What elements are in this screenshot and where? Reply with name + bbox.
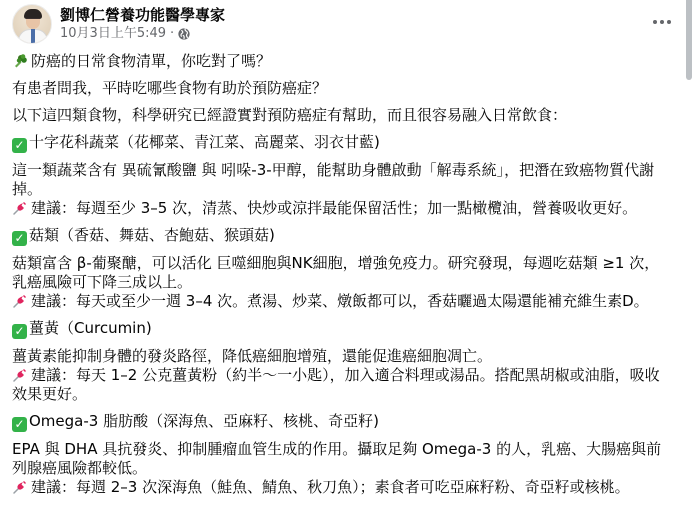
check-mark-icon: ✓ [12, 417, 27, 432]
more-options-icon[interactable] [648, 12, 676, 32]
pushpin-icon [12, 367, 28, 383]
scrollbar-track[interactable] [686, 0, 692, 514]
intro-statement: 以下這四類食物，科學研究已經證實對預防癌症有幫助，而且很容易融入日常飲食： [12, 106, 672, 125]
check-mark-icon: ✓ [12, 231, 27, 246]
broccoli-icon [12, 53, 28, 69]
scrollbar-thumb[interactable] [686, 0, 692, 80]
pushpin-icon [12, 479, 28, 495]
section-tip-omega3: 建議：每週 2–3 次深海魚（鮭魚、鯖魚、秋刀魚）；素食者可吃亞麻籽粉、奇亞籽或… [12, 478, 672, 497]
timestamp-row: 10月3日上午5:49 · [60, 26, 225, 42]
post-meta: 劉博仁營養功能醫學專家 10月3日上午5:49 · [60, 6, 225, 42]
globe-icon[interactable] [178, 28, 190, 40]
section-description-omega3: EPA 與 DHA 具抗發炎、抑制腫瘤血管生成的作用。攝取足夠 Omega-3 … [12, 440, 672, 478]
intro-question: 有患者問我，平時吃哪些食物有助於預防癌症？ [12, 79, 672, 98]
pushpin-icon [12, 200, 28, 216]
post-title-line: 防癌的日常食物清單，你吃對了嗎？ [12, 52, 672, 71]
post-title: 防癌的日常食物清單，你吃對了嗎？ [31, 52, 271, 70]
post-header: 劉博仁營養功能醫學專家 10月3日上午5:49 · [12, 0, 680, 46]
author-name[interactable]: 劉博仁營養功能醫學專家 [60, 6, 225, 25]
section-heading-turmeric: ✓薑黃（Curcumin) [12, 319, 672, 339]
section-description-mushrooms: 菇類富含 β-葡聚醣，可以活化 巨噬細胞與NK細胞，增強免疫力。研究發現，每週吃… [12, 254, 672, 292]
section-description-turmeric: 薑黃素能抑制身體的發炎路徑，降低癌細胞增殖，還能促進癌細胞凋亡。 [12, 347, 672, 366]
check-mark-icon: ✓ [12, 324, 27, 339]
author-avatar[interactable] [12, 4, 52, 44]
section-heading-omega3: ✓Omega-3 脂肪酸（深海魚、亞麻籽、核桃、奇亞籽) [12, 412, 672, 432]
facebook-post: 劉博仁營養功能醫學專家 10月3日上午5:49 · 防癌的日常食物清單，你 [0, 0, 692, 514]
check-mark-icon: ✓ [12, 138, 27, 153]
section-tip-cruciferous: 建議：每週至少 3–5 次，清蒸、快炒或涼拌最能保留活性；加一點橄欖油，營養吸收… [12, 199, 672, 218]
section-tip-turmeric: 建議：每天 1–2 公克薑黃粉（約半～一小匙），加入適合料理或湯品。搭配黑胡椒或… [12, 366, 672, 404]
section-heading-cruciferous: ✓十字花科蔬菜（花椰菜、青江菜、高麗菜、羽衣甘藍) [12, 133, 672, 153]
section-heading-mushrooms: ✓菇類（香菇、舞菇、杏鮑菇、猴頭菇) [12, 226, 672, 246]
post-body: 防癌的日常食物清單，你吃對了嗎？ 有患者問我，平時吃哪些食物有助於預防癌症？ 以… [12, 52, 672, 497]
separator-dot: · [170, 26, 174, 42]
post-timestamp[interactable]: 10月3日上午5:49 [60, 26, 166, 42]
section-description-cruciferous: 這一類蔬菜含有 異硫氰酸鹽 與 吲哚-3-甲醇，能幫助身體啟動「解毒系統」，把潛… [12, 161, 672, 199]
section-tip-mushrooms: 建議：每天或至少一週 3–4 次。煮湯、炒菜、燉飯都可以，香菇曬過太陽還能補充維… [12, 292, 672, 311]
pushpin-icon [12, 293, 28, 309]
